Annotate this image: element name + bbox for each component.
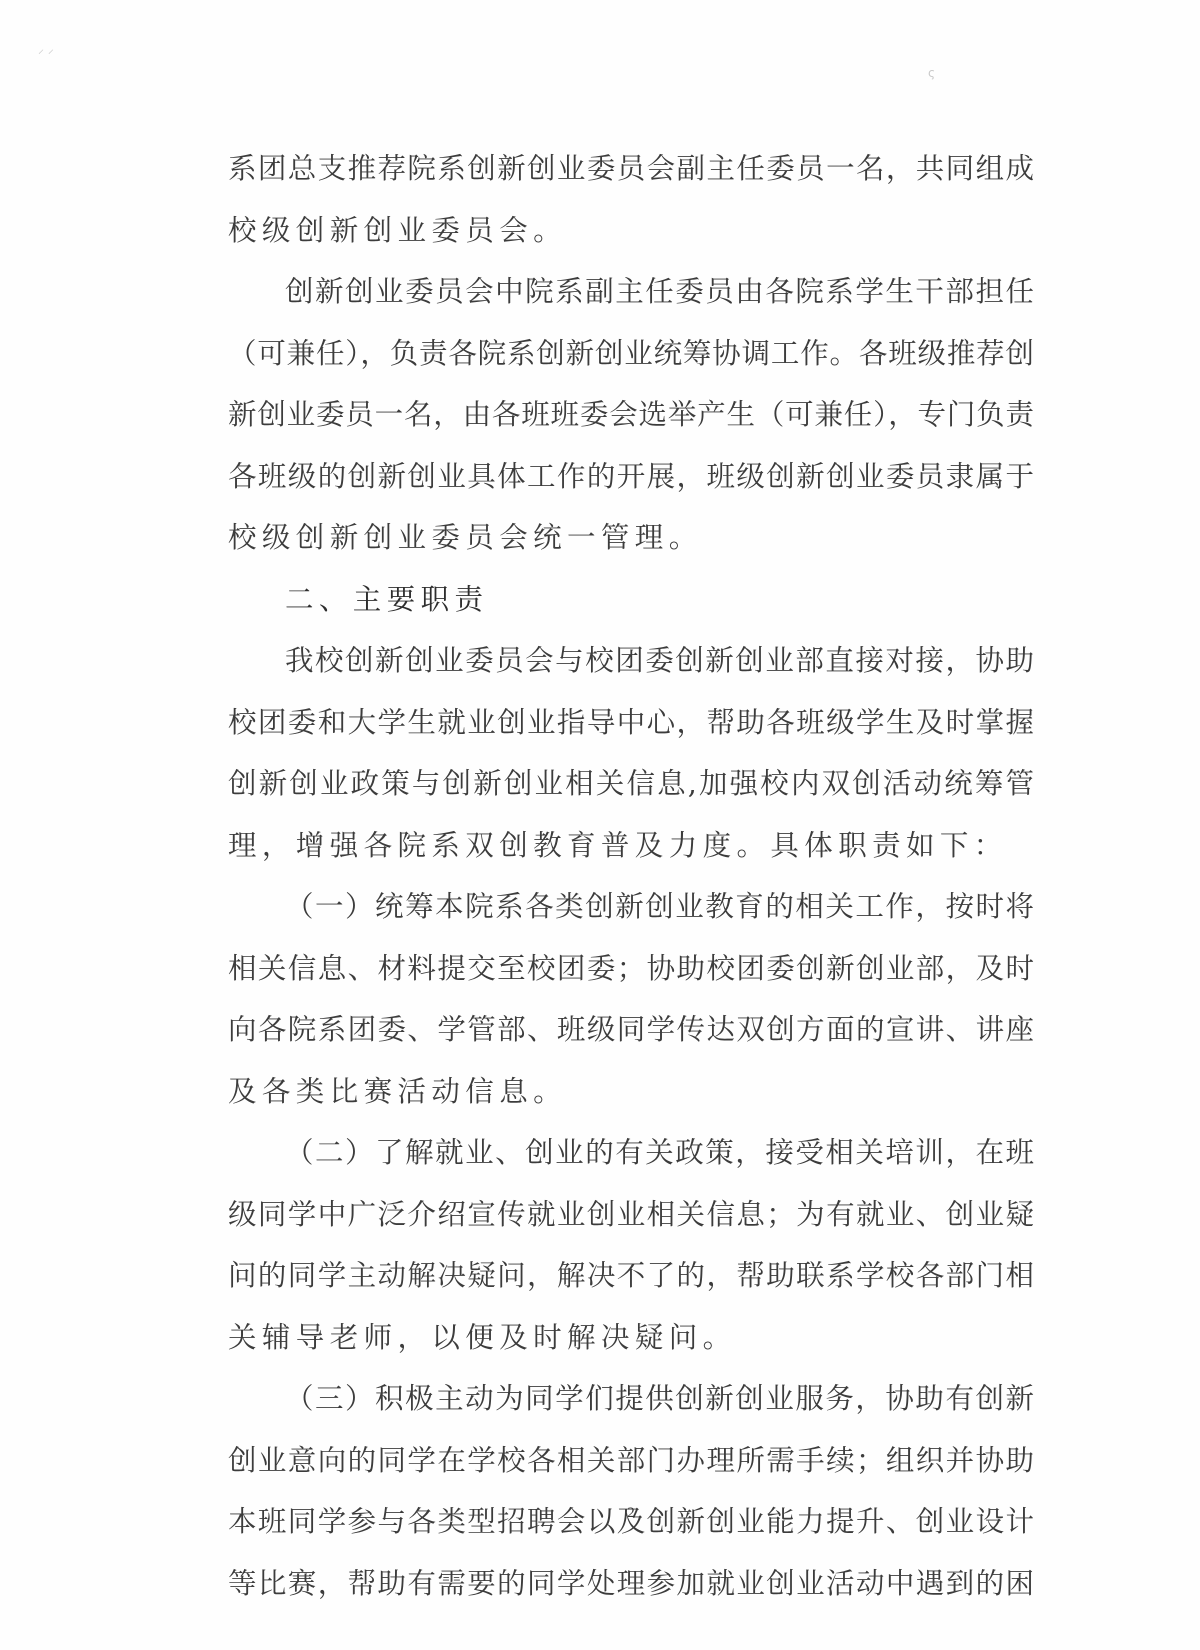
- text-line: 相关信息、材料提交至校团委；协助校团委创新创业部，及时: [228, 938, 1034, 1000]
- scanned-document-page: ⸝ ⸝ ς 系团总支推荐院系创新创业委员会副主任委员一名，共同组成 校级创新创业…: [0, 0, 1200, 1650]
- text-line: 新创业委员一名，由各班班委会选举产生（可兼任），专门负责: [228, 384, 1034, 446]
- text-line: 向各院系团委、学管部、班级同学传达双创方面的宣讲、讲座: [228, 999, 1034, 1061]
- scan-speck: ς: [928, 66, 935, 80]
- text-line: 创业意向的同学在学校各相关部门办理所需手续；组织并协助: [228, 1430, 1034, 1492]
- paragraph-first-line: 我校创新创业委员会与校团委创新创业部直接对接，协助: [228, 630, 1034, 692]
- list-item-first-line: （一）统筹本院系各类创新创业教育的相关工作，按时将: [228, 876, 1034, 938]
- text-line: 系团总支推荐院系创新创业委员会副主任委员一名，共同组成: [228, 138, 1034, 200]
- text-line: 等比赛，帮助有需要的同学处理参加就业创业活动中遇到的困: [228, 1553, 1034, 1615]
- page-number: 2: [0, 1505, 1200, 1522]
- document-body: 系团总支推荐院系创新创业委员会副主任委员一名，共同组成 校级创新创业委员会。 创…: [228, 138, 1034, 1614]
- list-item-first-line: （三）积极主动为同学们提供创新创业服务，协助有创新: [228, 1368, 1034, 1430]
- text-line: 问的同学主动解决疑问，解决不了的，帮助联系学校各部门相: [228, 1245, 1034, 1307]
- section-heading: 二、主要职责: [228, 569, 1034, 631]
- text-line: 校级创新创业委员会。: [228, 200, 1034, 262]
- text-line: 各班级的创新创业具体工作的开展，班级创新创业委员隶属于: [228, 446, 1034, 508]
- scan-speck: ⸝ ⸝: [38, 40, 54, 57]
- text-line: 级同学中广泛介绍宣传就业创业相关信息；为有就业、创业疑: [228, 1184, 1034, 1246]
- text-line: 创新创业政策与创新创业相关信息,加强校内双创活动统筹管: [228, 753, 1034, 815]
- text-line: 关辅导老师，以便及时解决疑问。: [228, 1307, 1034, 1369]
- text-line: 校级创新创业委员会统一管理。: [228, 507, 1034, 569]
- text-line: 校团委和大学生就业创业指导中心，帮助各班级学生及时掌握: [228, 692, 1034, 754]
- text-line: （可兼任），负责各院系创新创业统筹协调工作。各班级推荐创: [228, 323, 1034, 385]
- list-item-first-line: （二）了解就业、创业的有关政策，接受相关培训，在班: [228, 1122, 1034, 1184]
- paragraph-first-line: 创新创业委员会中院系副主任委员由各院系学生干部担任: [228, 261, 1034, 323]
- text-line: 理，增强各院系双创教育普及力度。具体职责如下：: [228, 815, 1034, 877]
- text-line: 及各类比赛活动信息。: [228, 1061, 1034, 1123]
